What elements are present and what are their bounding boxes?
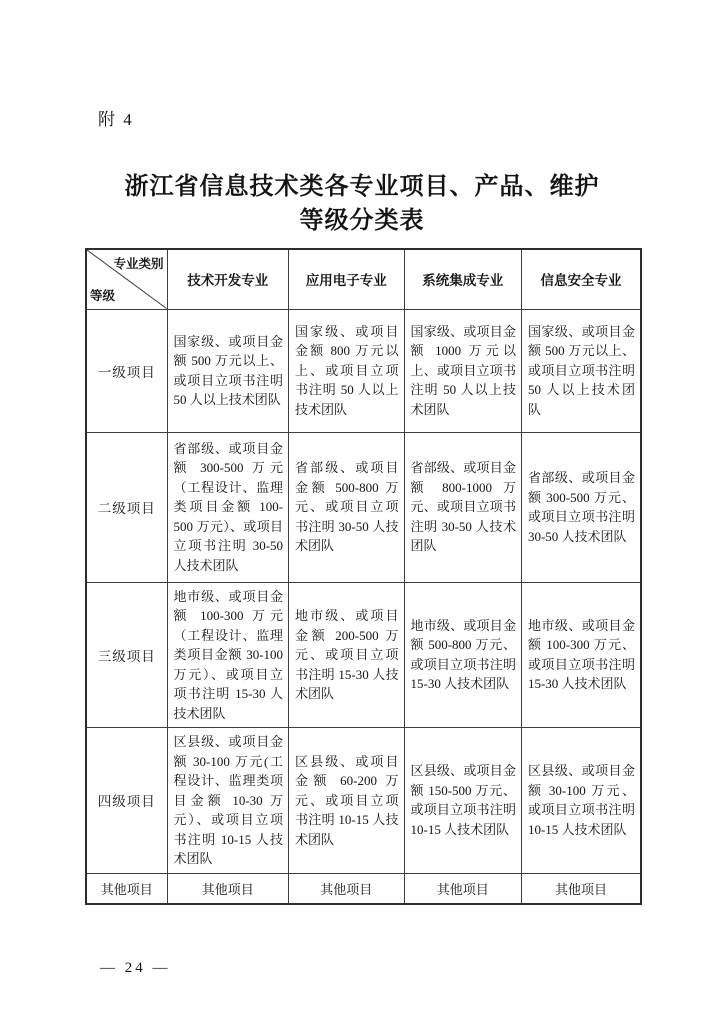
table-row-other: 其他项目 其他项目 其他项目 其他项目 其他项目 [86, 873, 641, 904]
table-corner-cell: 专业类别 等级 [86, 249, 167, 309]
requirement-cell: 省部级、或项目金额 300-500 万元（工程设计、监理类项目金额 100-50… [167, 432, 289, 582]
requirement-cell: 省部级、或项目金额 800-1000 万元、或项目立项书注明 30-50 人技术… [404, 432, 521, 582]
document-page: 附 4 浙江省信息技术类各专业项目、产品、维护 等级分类表 专业类别 等级 技术… [0, 0, 724, 1024]
requirement-cell: 省部级、或项目金额 500-800 万元、或项目立项书注明 30-50 人技术团… [289, 432, 404, 582]
requirement-cell: 地市级、或项目金额 100-300 万元、或项目立项书注明 15-30 人技术团… [521, 582, 641, 728]
page-title: 浙江省信息技术类各专业项目、产品、维护 等级分类表 [0, 170, 724, 238]
page-number: — 24 — [100, 960, 171, 977]
requirement-cell: 地市级、或项目金额 100-300 万元（工程设计、监理类项目金额 30-100… [167, 582, 289, 728]
grade-label: 二级项目 [86, 432, 167, 582]
attachment-label: 附 4 [98, 105, 134, 130]
requirement-cell: 国家级、或项目金额 500 万元以上、或项目立项书注明 50 人以上技术团队 [521, 309, 641, 432]
requirement-cell: 省部级、或项目金额 300-500 万元、或项目立项书注明 30-50 人技术团… [521, 432, 641, 582]
classification-table: 专业类别 等级 技术开发专业 应用电子专业 系统集成专业 信息安全专业 一级项目… [85, 248, 642, 905]
requirement-cell: 国家级、或项目金额 1000 万元以上、或项目立项书注明 50 人以上技术团队 [404, 309, 521, 432]
requirement-cell: 区县级、或项目金额 30-100 万元、或项目立项书注明 10-15 人技术团队 [521, 728, 641, 874]
requirement-cell: 区县级、或项目金额 30-100 万元(工程设计、监理类项目金额 10-30 万… [167, 728, 289, 874]
other-project-cell: 其他项目 [521, 873, 641, 904]
requirement-cell: 国家级、或项目金额 800 万元以上、或项目立项书注明 50 人以上技术团队 [289, 309, 404, 432]
table-row-level3: 三级项目 地市级、或项目金额 100-300 万元（工程设计、监理类项目金额 3… [86, 582, 641, 728]
page-title-line2: 等级分类表 [0, 204, 724, 238]
grade-label: 其他项目 [86, 873, 167, 904]
column-header-tech-dev: 技术开发专业 [167, 249, 289, 309]
grade-label: 一级项目 [86, 309, 167, 432]
requirement-cell: 区县级、或项目金额 150-500 万元、或项目立项书注明 10-15 人技术团… [404, 728, 521, 874]
corner-label-grade: 等级 [90, 286, 115, 304]
page-title-line1: 浙江省信息技术类各专业项目、产品、维护 [0, 170, 724, 204]
column-header-info-security: 信息安全专业 [521, 249, 641, 309]
requirement-cell: 区县级、或项目金额 60-200 万元、或项目立项书注明 10-15 人技术团队 [289, 728, 404, 874]
table-row-level1: 一级项目 国家级、或项目金额 500 万元以上、或项目立项书注明 50 人以上技… [86, 309, 641, 432]
other-project-cell: 其他项目 [167, 873, 289, 904]
requirement-cell: 国家级、或项目金额 500 万元以上、或项目立项书注明 50 人以上技术团队 [167, 309, 289, 432]
table-row-level4: 四级项目 区县级、或项目金额 30-100 万元(工程设计、监理类项目金额 10… [86, 728, 641, 874]
table-row-level2: 二级项目 省部级、或项目金额 300-500 万元（工程设计、监理类项目金额 1… [86, 432, 641, 582]
corner-label-category: 专业类别 [114, 254, 164, 272]
column-header-applied-electronics: 应用电子专业 [289, 249, 404, 309]
grade-label: 三级项目 [86, 582, 167, 728]
column-header-system-integration: 系统集成专业 [404, 249, 521, 309]
requirement-cell: 地市级、或项目金额 500-800 万元、或项目立项书注明 15-30 人技术团… [404, 582, 521, 728]
requirement-cell: 地市级、或项目金额 200-500 万元、或项目立项书注明 15-30 人技术团… [289, 582, 404, 728]
other-project-cell: 其他项目 [289, 873, 404, 904]
table-header-row: 专业类别 等级 技术开发专业 应用电子专业 系统集成专业 信息安全专业 [86, 249, 641, 309]
other-project-cell: 其他项目 [404, 873, 521, 904]
grade-label: 四级项目 [86, 728, 167, 874]
